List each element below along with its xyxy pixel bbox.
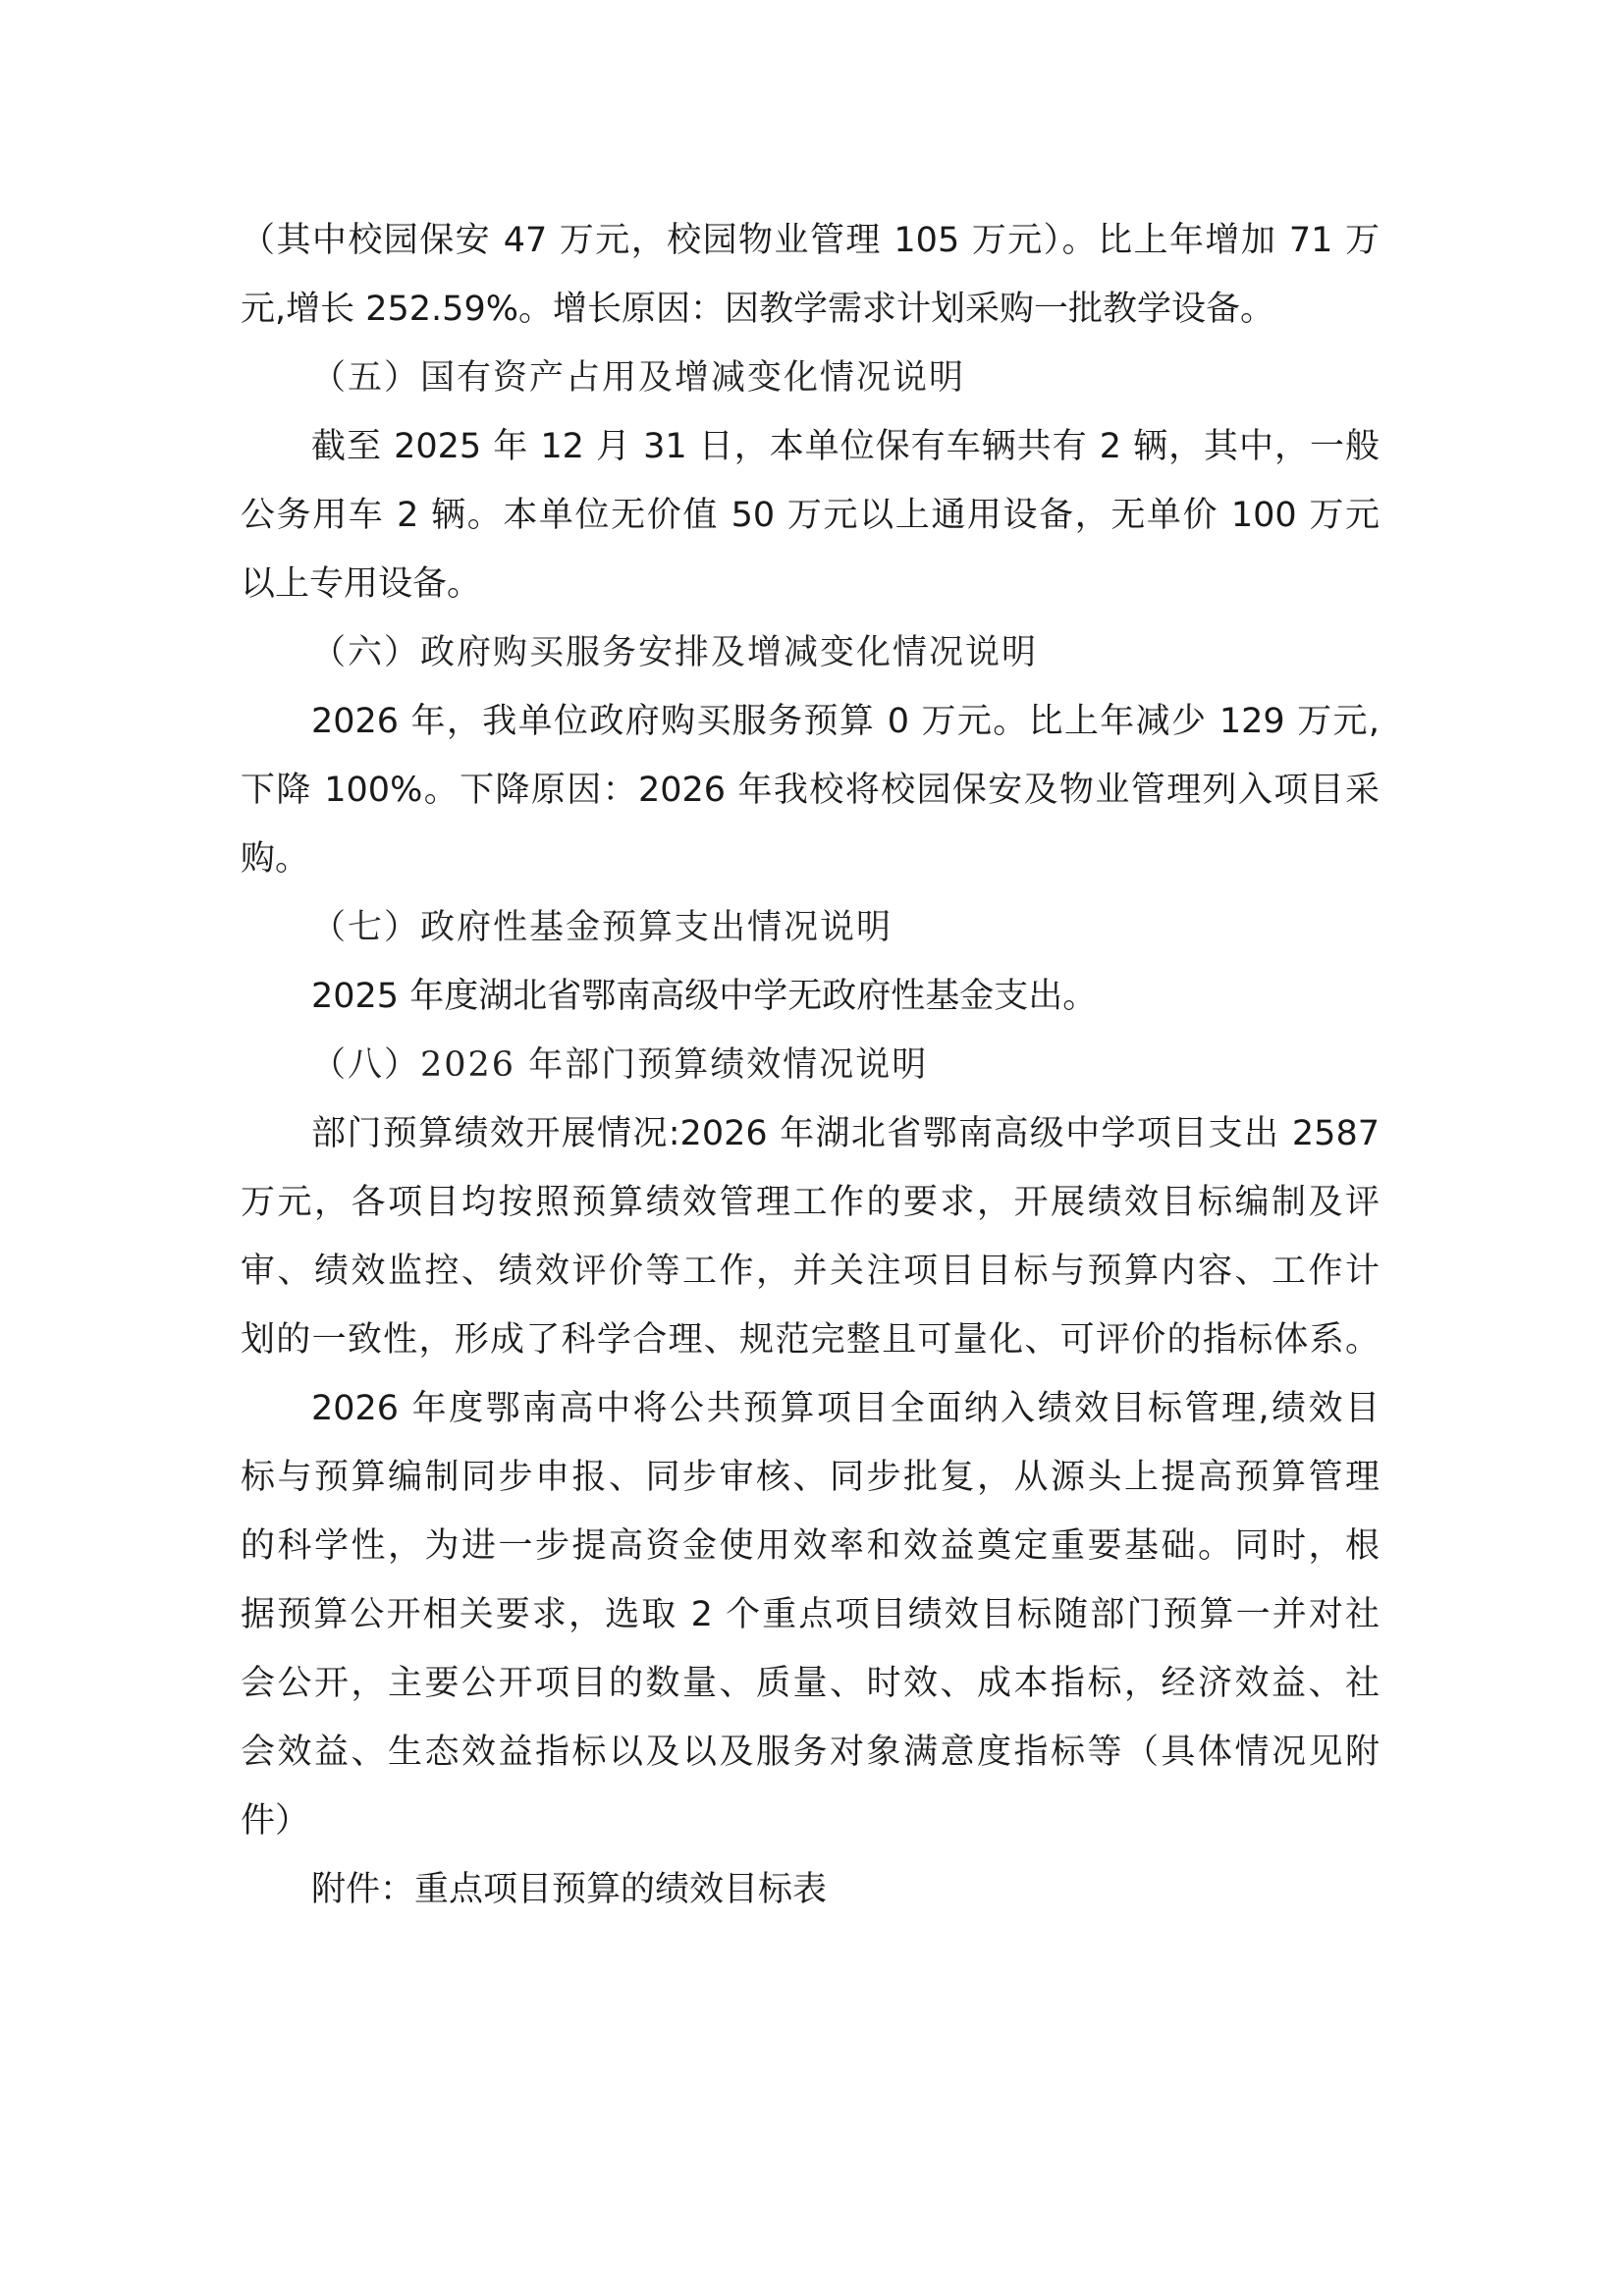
body-line: 2026 年，我单位政府购买服务预算 0 万元。比上年减少 129 万元,: [241, 687, 1380, 756]
body-line: 元,增长 252.59%。增长原因：因教学需求计划采购一批教学设备。: [241, 275, 1380, 344]
body-line: 下降 100%。下降原因：2026 年我校将校园保安及物业管理列入项目采: [241, 756, 1380, 825]
body-line: 审、绩效监控、绩效评价等工作，并关注项目目标与预算内容、工作计: [241, 1237, 1380, 1306]
body-line: 的科学性，为进一步提高资金使用效率和效益奠定重要基础。同时，根: [241, 1512, 1380, 1580]
body-line: 2026 年度鄂南高中将公共预算项目全面纳入绩效目标管理,绩效目: [241, 1374, 1380, 1443]
body-line: 会效益、生态效益指标以及以及服务对象满意度指标等（具体情况见附: [241, 1718, 1380, 1787]
body-line: 以上专用设备。: [241, 550, 1380, 618]
attachment-note: 附件：重点项目预算的绩效目标表: [241, 1855, 1380, 1924]
body-line: 件）: [241, 1787, 1380, 1855]
body-line: 截至 2025 年 12 月 31 日，本单位保有车辆共有 2 辆，其中，一般: [241, 412, 1380, 481]
body-line: 标与预算编制同步申报、同步审核、同步批复，从源头上提高预算管理: [241, 1443, 1380, 1512]
body-line: 据预算公开相关要求，选取 2 个重点项目绩效目标随部门预算一并对社: [241, 1580, 1380, 1649]
body-line: 购。: [241, 825, 1380, 893]
body-line: 2025 年度湖北省鄂南高级中学无政府性基金支出。: [241, 962, 1380, 1031]
body-line: 部门预算绩效开展情况:2026 年湖北省鄂南高级中学项目支出 2587: [241, 1099, 1380, 1168]
section-heading-5: （五）国有资产占用及增减变化情况说明: [241, 344, 1380, 412]
section-heading-6: （六）政府购买服务安排及增减变化情况说明: [241, 618, 1380, 687]
body-line: 万元，各项目均按照预算绩效管理工作的要求，开展绩效目标编制及评: [241, 1168, 1380, 1237]
section-heading-7: （七）政府性基金预算支出情况说明: [241, 893, 1380, 962]
body-line: 划的一致性，形成了科学合理、规范完整且可量化、可评价的指标体系。: [241, 1306, 1380, 1374]
document-page: （其中校园保安 47 万元，校园物业管理 105 万元）。比上年增加 71 万 …: [241, 206, 1380, 1924]
body-line: 公务用车 2 辆。本单位无价值 50 万元以上通用设备，无单价 100 万元: [241, 481, 1380, 550]
body-line: （其中校园保安 47 万元，校园物业管理 105 万元）。比上年增加 71 万: [241, 206, 1380, 275]
body-line: 会公开，主要公开项目的数量、质量、时效、成本指标，经济效益、社: [241, 1649, 1380, 1718]
section-heading-8: （八）2026 年部门预算绩效情况说明: [241, 1031, 1380, 1099]
